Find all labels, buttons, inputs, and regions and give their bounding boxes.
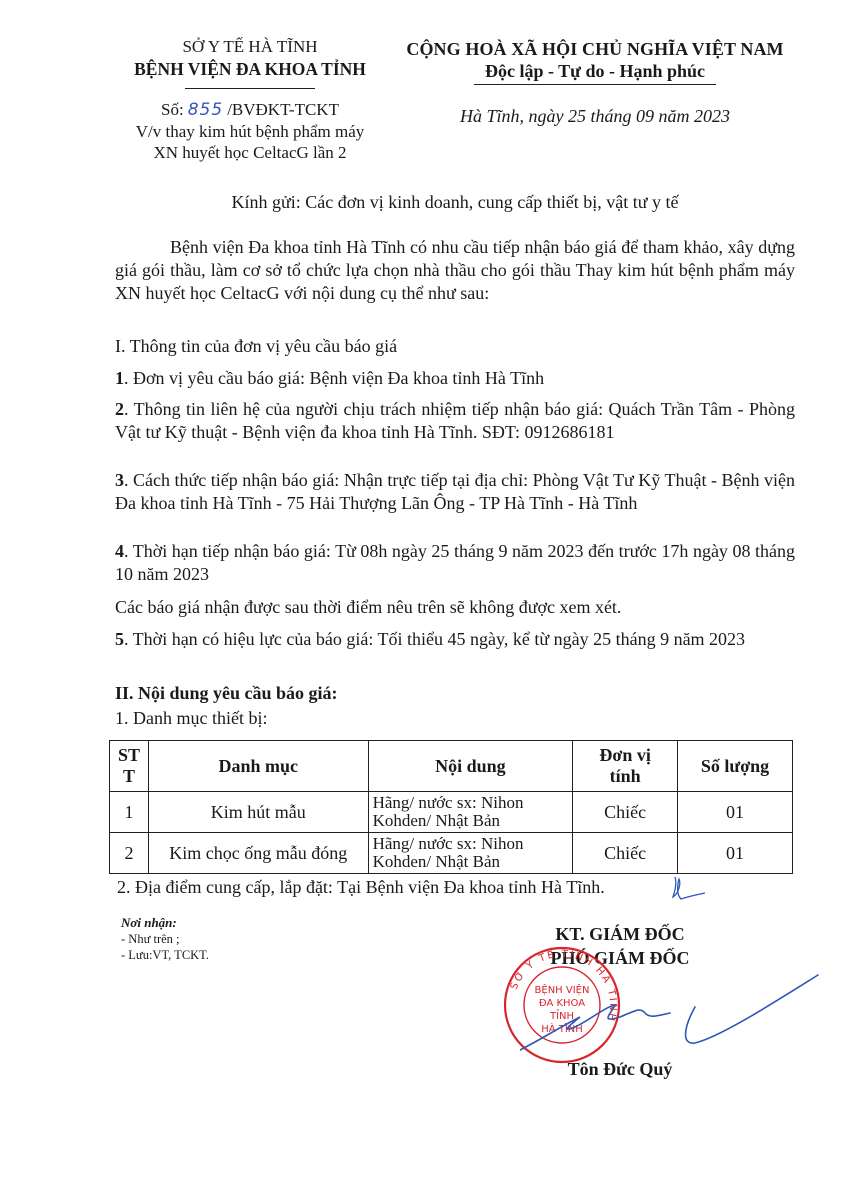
col-header-category: Danh mục xyxy=(148,741,368,792)
cell-category: Kim hút mẫu xyxy=(148,792,368,833)
signer-name: Tôn Đức Quý xyxy=(520,1059,720,1080)
recipient-line: Kính gửi: Các đơn vị kinh doanh, cung cấ… xyxy=(110,191,800,214)
section-1-item-3: 3. Cách thức tiếp nhận báo giá: Nhận trự… xyxy=(115,469,795,515)
place-date: Hà Tĩnh, ngày 25 tháng 09 năm 2023 xyxy=(385,105,805,127)
cell-stt: 2 xyxy=(110,833,149,874)
section-1-title: I. Thông tin của đơn vị yêu cầu báo giá xyxy=(115,335,795,358)
distribution-block: Nơi nhận: - Như trên ; - Lưu:VT, TCKT. xyxy=(121,915,371,963)
national-motto: Độc lập - Tự do - Hạnh phúc xyxy=(385,60,805,82)
delivery-location: 2. Địa điểm cung cấp, lắp đặt: Tại Bệnh … xyxy=(117,876,757,899)
section-1-item-1: 1. Đơn vị yêu cầu báo giá: Bệnh viện Đa … xyxy=(115,367,795,390)
col-header-content: Nội dung xyxy=(368,741,573,792)
cell-quantity: 01 xyxy=(678,792,793,833)
cell-stt: 1 xyxy=(110,792,149,833)
col-header-quantity: Số lượng xyxy=(678,741,793,792)
organization-name: BỆNH VIỆN ĐA KHOA TỈNH xyxy=(100,58,400,80)
table-row: 2 Kim chọc ống mẫu đóng Hãng/ nước sx: N… xyxy=(110,833,793,874)
subject-line-1: V/v thay kim hút bệnh phẩm máy xyxy=(100,121,400,142)
section-1-item-2: 2. Thông tin liên hệ của người chịu trác… xyxy=(115,398,795,444)
motto-underline xyxy=(474,84,716,85)
cell-unit: Chiếc xyxy=(573,792,678,833)
number-prefix: Số: xyxy=(161,100,184,119)
number-suffix: /BVĐKT-TCKT xyxy=(227,100,339,119)
cell-unit: Chiếc xyxy=(573,833,678,874)
section-1-item-4: 4. Thời hạn tiếp nhận báo giá: Từ 08h ng… xyxy=(115,540,795,586)
equipment-list-title: 1. Danh mục thiết bị: xyxy=(115,707,795,730)
distribution-line: - Như trên ; xyxy=(121,931,371,947)
col-header-stt: STT xyxy=(110,741,149,792)
handwritten-number: 855 xyxy=(188,100,223,120)
subject-line-2: XN huyết học CeltacG lần 2 xyxy=(100,142,400,163)
ministry-name: SỞ Y TẾ HÀ TĨNH xyxy=(100,36,400,58)
issuer-block: SỞ Y TẾ HÀ TĨNH BỆNH VIỆN ĐA KHOA TỈNH S… xyxy=(100,36,400,163)
distribution-title: Nơi nhận: xyxy=(121,915,371,931)
national-header: CỘNG HOÀ XÃ HỘI CHỦ NGHĨA VIỆT NAM Độc l… xyxy=(385,38,805,127)
equipment-table: STT Danh mục Nội dung Đơn vịtính Số lượn… xyxy=(109,740,793,874)
section-2-title: II. Nội dung yêu cầu báo giá: xyxy=(115,682,795,705)
handwritten-initial-icon xyxy=(669,873,709,903)
country-name: CỘNG HOÀ XÃ HỘI CHỦ NGHĨA VIỆT NAM xyxy=(385,38,805,60)
signer-title-1: KT. GIÁM ĐỐC xyxy=(470,922,770,946)
cell-content: Hãng/ nước sx: NihonKohden/ Nhật Bản xyxy=(368,833,573,874)
intro-paragraph: Bệnh viện Đa khoa tỉnh Hà Tĩnh có nhu cầ… xyxy=(115,236,795,305)
official-letter: SỞ Y TẾ HÀ TĨNH BỆNH VIỆN ĐA KHOA TỈNH S… xyxy=(0,0,850,1200)
header-divider xyxy=(185,88,315,89)
cell-quantity: 01 xyxy=(678,833,793,874)
table-row: 1 Kim hút mẫu Hãng/ nước sx: NihonKohden… xyxy=(110,792,793,833)
cell-content: Hãng/ nước sx: NihonKohden/ Nhật Bản xyxy=(368,792,573,833)
late-quote-note: Các báo giá nhận được sau thời điểm nêu … xyxy=(115,596,795,619)
table-header-row: STT Danh mục Nội dung Đơn vịtính Số lượn… xyxy=(110,741,793,792)
cell-category: Kim chọc ống mẫu đóng xyxy=(148,833,368,874)
distribution-line: - Lưu:VT, TCKT. xyxy=(121,947,371,963)
document-number: Số:855/BVĐKT-TCKT xyxy=(100,99,400,121)
col-header-unit: Đơn vịtính xyxy=(573,741,678,792)
section-1-item-5: 5. Thời hạn có hiệu lực của báo giá: Tối… xyxy=(115,628,795,651)
